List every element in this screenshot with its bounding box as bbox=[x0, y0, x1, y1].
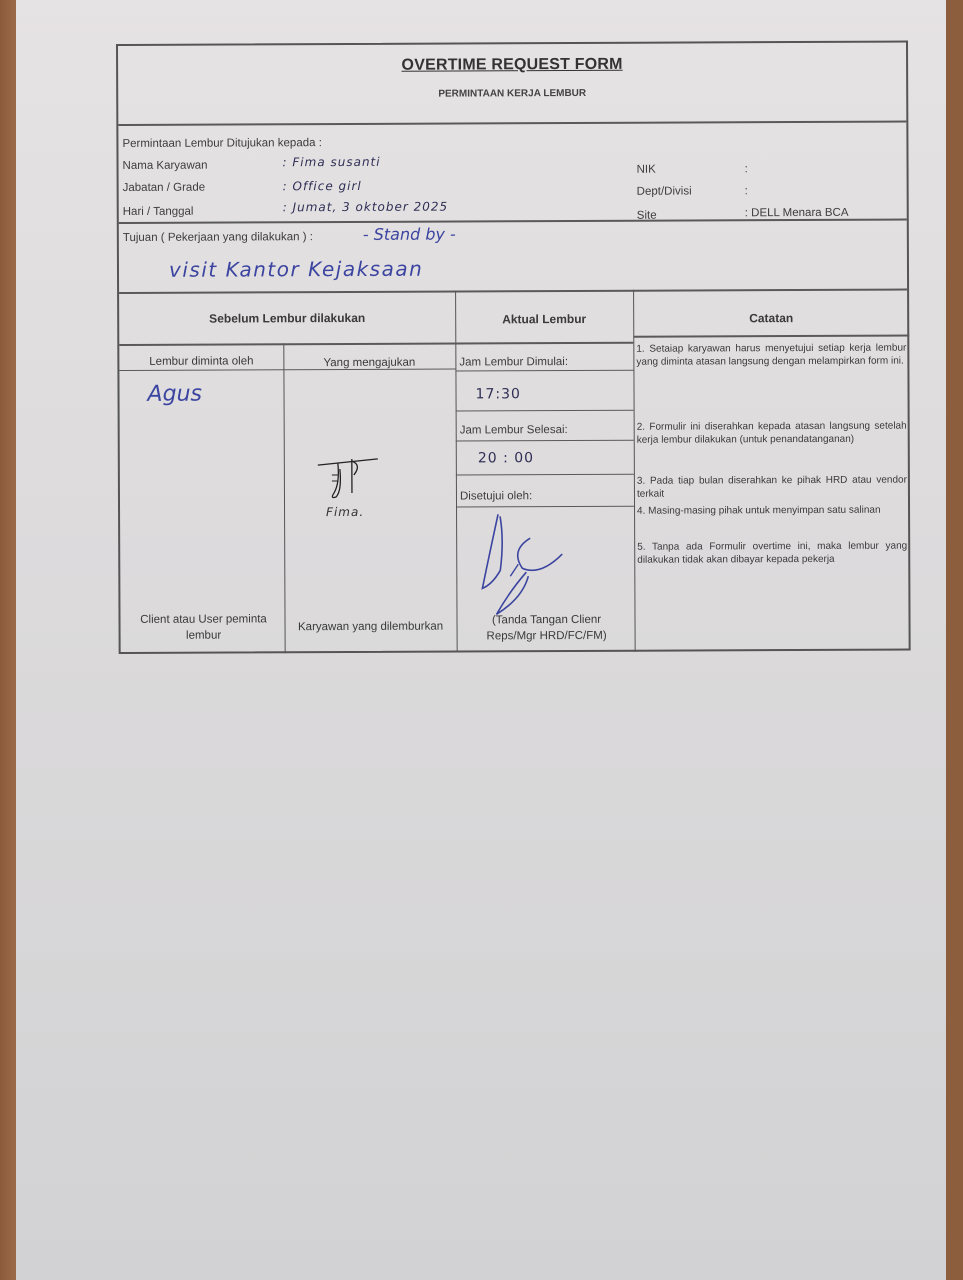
divider bbox=[119, 369, 455, 371]
jabatan-value: : Office girl bbox=[283, 179, 362, 193]
requested-by-signature: Agus bbox=[147, 382, 202, 407]
form-title: OVERTIME REQUEST FORM bbox=[118, 55, 906, 76]
nama-value: : Fima susanti bbox=[282, 155, 380, 169]
submitted-by-name: Fima. bbox=[326, 505, 364, 519]
overtime-request-form: OVERTIME REQUEST FORM PERMINTAAN KERJA L… bbox=[116, 41, 911, 654]
column-line bbox=[283, 343, 285, 653]
intro-label: Permintaan Lembur Ditujukan kepada : bbox=[122, 137, 322, 150]
note-1: 1. Setaiap karyawan harus menyetujui set… bbox=[636, 343, 906, 369]
divider bbox=[456, 440, 634, 442]
start-label: Jam Lembur Dimulai: bbox=[459, 356, 568, 368]
footer-submitted: Karyawan yang dilemburkan bbox=[285, 621, 457, 634]
divider bbox=[456, 474, 634, 476]
divider bbox=[118, 121, 906, 126]
submitted-by-signature-mark bbox=[316, 455, 386, 505]
tujuan-value-line2: visit Kantor Kejaksaan bbox=[169, 257, 423, 282]
nama-label: Nama Karyawan bbox=[123, 160, 208, 172]
paper-sheet: OVERTIME REQUEST FORM PERMINTAAN KERJA L… bbox=[16, 0, 946, 1280]
divider bbox=[119, 342, 633, 346]
approved-label: Disetujui oleh: bbox=[460, 490, 532, 502]
footer-requested: Client atau User peminta lembur bbox=[124, 611, 282, 644]
dept-label: Dept/Divisi bbox=[637, 185, 692, 197]
note-2: 2. Formulir ini diserahkan kepada atasan… bbox=[637, 421, 907, 447]
dept-value: : bbox=[745, 185, 748, 197]
start-value: 17:30 bbox=[475, 386, 520, 402]
tujuan-label: Tujuan ( Pekerjaan yang dilakukan ) : bbox=[123, 231, 313, 244]
note-4: 4. Masing-masing pihak untuk menyimpan s… bbox=[637, 505, 907, 519]
approved-by-signature-mark bbox=[470, 510, 580, 620]
divider bbox=[633, 335, 909, 338]
nik-value: : bbox=[745, 163, 748, 175]
end-value: 20 : 00 bbox=[478, 450, 534, 466]
divider bbox=[456, 410, 634, 412]
column-line bbox=[633, 290, 636, 652]
footer-approved: (Tanda Tangan Clienr Reps/Mgr HRD/FC/FM) bbox=[466, 612, 626, 645]
form-subtitle: PERMINTAAN KERJA LEMBUR bbox=[118, 87, 906, 101]
hari-value: : Jumat, 3 oktober 2025 bbox=[283, 200, 449, 215]
divider bbox=[119, 219, 907, 224]
hari-label: Hari / Tanggal bbox=[123, 206, 194, 218]
note-5: 5. Tanpa ada Formulir overtime ini, maka… bbox=[637, 541, 907, 567]
tujuan-value-line1: - Stand by - bbox=[363, 225, 456, 244]
section-notes-header: Catatan bbox=[633, 311, 909, 326]
divider bbox=[456, 506, 634, 508]
divider bbox=[119, 289, 907, 294]
section-actual-header: Aktual Lembur bbox=[455, 312, 633, 327]
column-line bbox=[455, 291, 458, 653]
section-before-header: Sebelum Lembur dilakukan bbox=[119, 311, 455, 326]
nik-label: NIK bbox=[637, 164, 656, 176]
jabatan-label: Jabatan / Grade bbox=[123, 182, 206, 194]
divider bbox=[455, 370, 633, 372]
note-3: 3. Pada tiap bulan diserahkan ke pihak H… bbox=[637, 475, 907, 501]
site-value: : DELL Menara BCA bbox=[745, 207, 849, 219]
end-label: Jam Lembur Selesai: bbox=[460, 424, 568, 436]
col-submitted-by: Yang mengajukan bbox=[283, 357, 455, 370]
col-requested-by: Lembur diminta oleh bbox=[119, 355, 283, 368]
